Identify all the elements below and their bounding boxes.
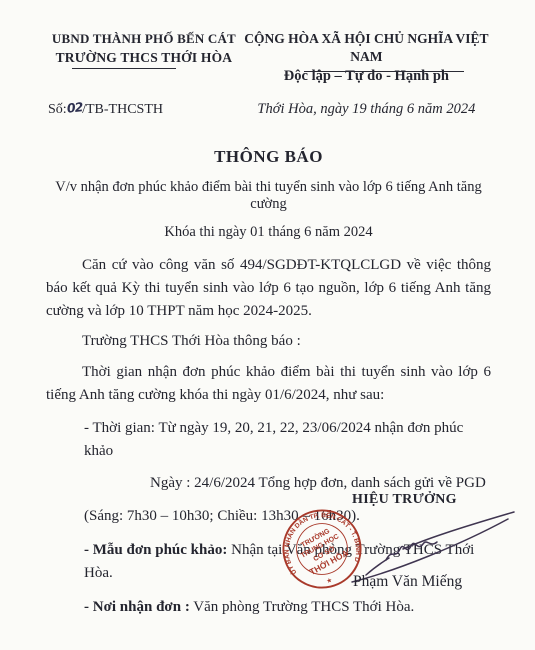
submission-place-text: Văn phòng Trường THCS Thới Hòa. bbox=[190, 599, 414, 615]
document-meta-row: Số:02/TB-THCSTH Thới Hòa, ngày 19 tháng … bbox=[46, 101, 491, 118]
para-schedule: Thời gian nhận đơn phúc khảo điểm bài th… bbox=[46, 361, 491, 407]
doc-number-prefix: Số: bbox=[48, 102, 67, 117]
national-motto: Độc lập – Tự do - Hạnh ph bbox=[242, 66, 491, 86]
submission-place-item: - Nơi nhận đơn : Văn phòng Trường THCS T… bbox=[84, 596, 491, 619]
stamp-star-icon: ★ bbox=[326, 576, 334, 585]
parent-org-name: UBND THÀNH PHỐ BẾN CÁT bbox=[46, 30, 242, 48]
form-location-label: - Mẫu đơn phúc khảo: bbox=[84, 542, 227, 558]
doc-subject: V/v nhận đơn phúc khảo điểm bài thi tuyể… bbox=[46, 179, 491, 213]
issuing-org-block: UBND THÀNH PHỐ BẾN CÁT TRƯỜNG THCS THỚI … bbox=[46, 30, 242, 86]
para-announce: Trường THCS Thới Hòa thông báo : bbox=[46, 330, 491, 353]
school-name-underline bbox=[72, 68, 176, 69]
national-header-block: CỘNG HÒA XÃ HỘI CHỦ NGHĨA VIỆT NAM Độc l… bbox=[242, 30, 491, 86]
motto-underline bbox=[304, 71, 464, 72]
doc-number-suffix: /TB-THCSTH bbox=[82, 102, 163, 117]
document-header: UBND THÀNH PHỐ BẾN CÁT TRƯỜNG THCS THỚI … bbox=[46, 30, 491, 86]
school-name: TRƯỜNG THCS THỚI HÒA bbox=[46, 48, 242, 67]
place-and-date: Thới Hòa, ngày 19 tháng 6 năm 2024 bbox=[242, 101, 491, 118]
signer-name: Phạm Văn Miếng bbox=[353, 573, 462, 591]
announcement-document: UBND THÀNH PHỐ BẾN CÁT TRƯỜNG THCS THỚI … bbox=[0, 0, 535, 650]
doc-number-handwritten: 02 bbox=[66, 99, 83, 116]
doc-number: Số:02/TB-THCSTH bbox=[46, 101, 242, 118]
schedule-time-item: - Thời gian: Từ ngày 19, 20, 21, 22, 23/… bbox=[84, 417, 491, 463]
submission-place-label: - Nơi nhận đơn : bbox=[84, 599, 190, 615]
exam-date-line: Khóa thi ngày 01 tháng 6 năm 2024 bbox=[46, 224, 491, 241]
national-title: CỘNG HÒA XÃ HỘI CHỦ NGHĨA VIỆT NAM bbox=[242, 30, 491, 66]
para-basis: Căn cứ vào công văn số 494/SGDĐT-KTQLCLG… bbox=[46, 254, 491, 323]
doc-title: THÔNG BÁO bbox=[46, 147, 491, 167]
